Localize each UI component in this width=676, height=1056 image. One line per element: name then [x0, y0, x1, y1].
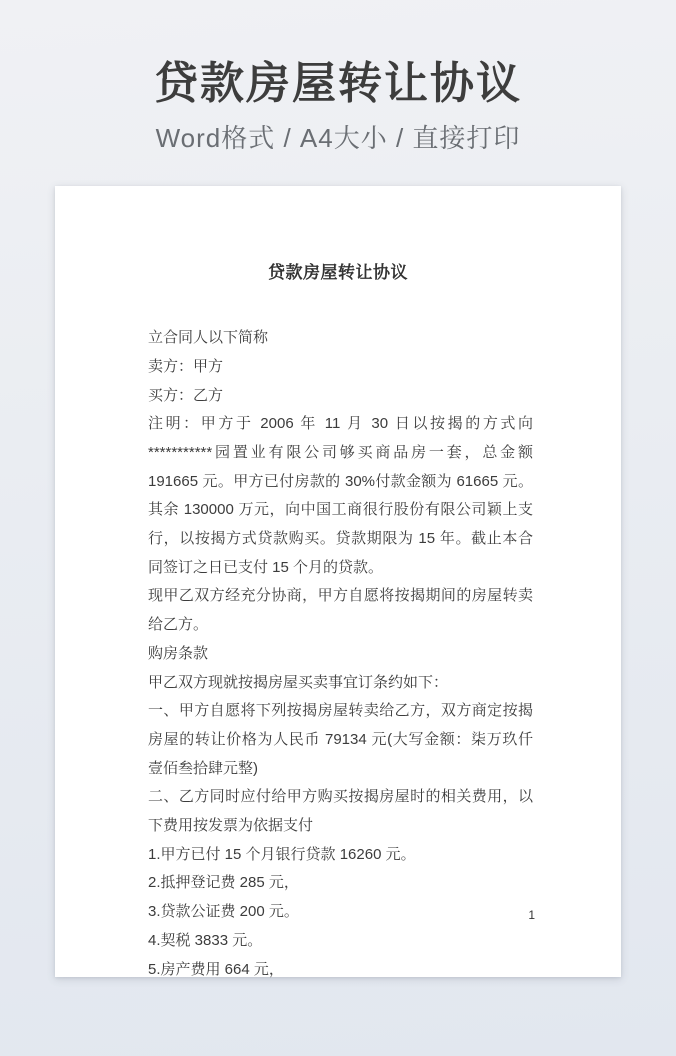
paragraph-intro: 立合同人以下简称: [148, 324, 533, 353]
paragraph-fee-item-5: 5.房产费用 664 元，: [148, 956, 533, 985]
page-subtitle: Word格式 / A4大小 / 直接打印: [0, 118, 676, 155]
document-body: 立合同人以下简称 卖方：甲方 买方：乙方 注明：甲方于 2006 年 11 月 …: [148, 324, 533, 984]
page-title: 贷款房屋转让协议: [0, 0, 676, 108]
paragraph-seller: 卖方：甲方: [148, 353, 533, 382]
paragraph-buyer: 买方：乙方: [148, 382, 533, 411]
paragraph-section-heading: 购房条款: [148, 640, 533, 669]
paragraph-agreement: 现甲乙双方经充分协商，甲方自愿将按揭期间的房屋转卖给乙方。: [148, 582, 533, 639]
paragraph-clause-1: 一、甲方自愿将下列按揭房屋转卖给乙方，双方商定按揭房屋的转让价格为人民币 791…: [148, 697, 533, 783]
document-title: 贷款房屋转让协议: [55, 186, 621, 284]
paragraph-fee-item-1: 1.甲方已付 15 个月银行贷款 16260 元。: [148, 841, 533, 870]
document-page: 贷款房屋转让协议 立合同人以下简称 卖方：甲方 买方：乙方 注明：甲方于 200…: [55, 186, 621, 977]
paragraph-fee-item-4: 4.契税 3833 元。: [148, 927, 533, 956]
paragraph-clause-2: 二、乙方同时应付给甲方购买按揭房屋时的相关费用，以下费用按发票为依据支付: [148, 783, 533, 840]
paragraph-fee-item-2: 2.抵押登记费 285 元，: [148, 869, 533, 898]
template-header: 贷款房屋转让协议 Word格式 / A4大小 / 直接打印: [0, 0, 676, 155]
paragraph-terms-intro: 甲乙双方现就按揭房屋买卖事宜订条约如下：: [148, 669, 533, 698]
paragraph-note: 注明：甲方于 2006 年 11 月 30 日以按揭的方式向**********…: [148, 410, 533, 582]
page-number: 1: [447, 908, 535, 922]
